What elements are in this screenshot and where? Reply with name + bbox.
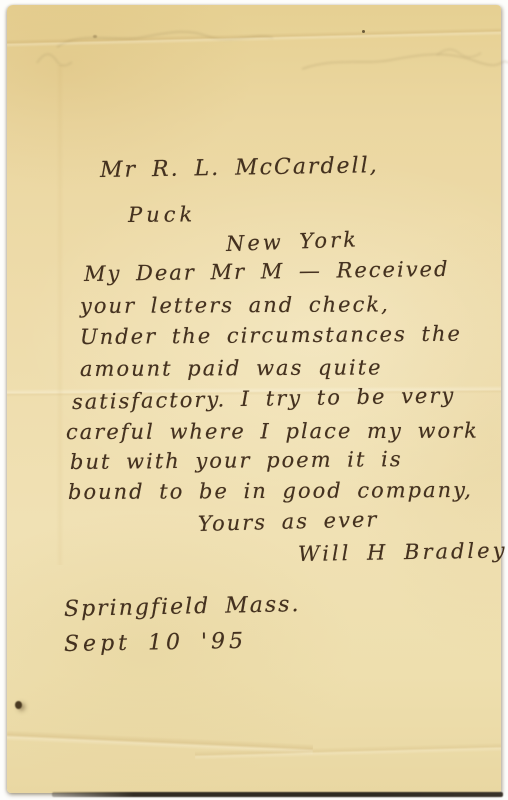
paper-sheet <box>7 5 501 793</box>
paper-bottom-edge-shadow <box>52 792 503 797</box>
faint-pencil-inscription <box>7 5 508 115</box>
ink-speck <box>362 30 365 33</box>
paper-crease <box>7 726 314 758</box>
paper-crease <box>195 739 502 763</box>
paper-crease <box>7 23 501 51</box>
paper-crease <box>55 65 65 565</box>
ink-speck <box>93 35 97 38</box>
paper-crease <box>7 383 501 398</box>
